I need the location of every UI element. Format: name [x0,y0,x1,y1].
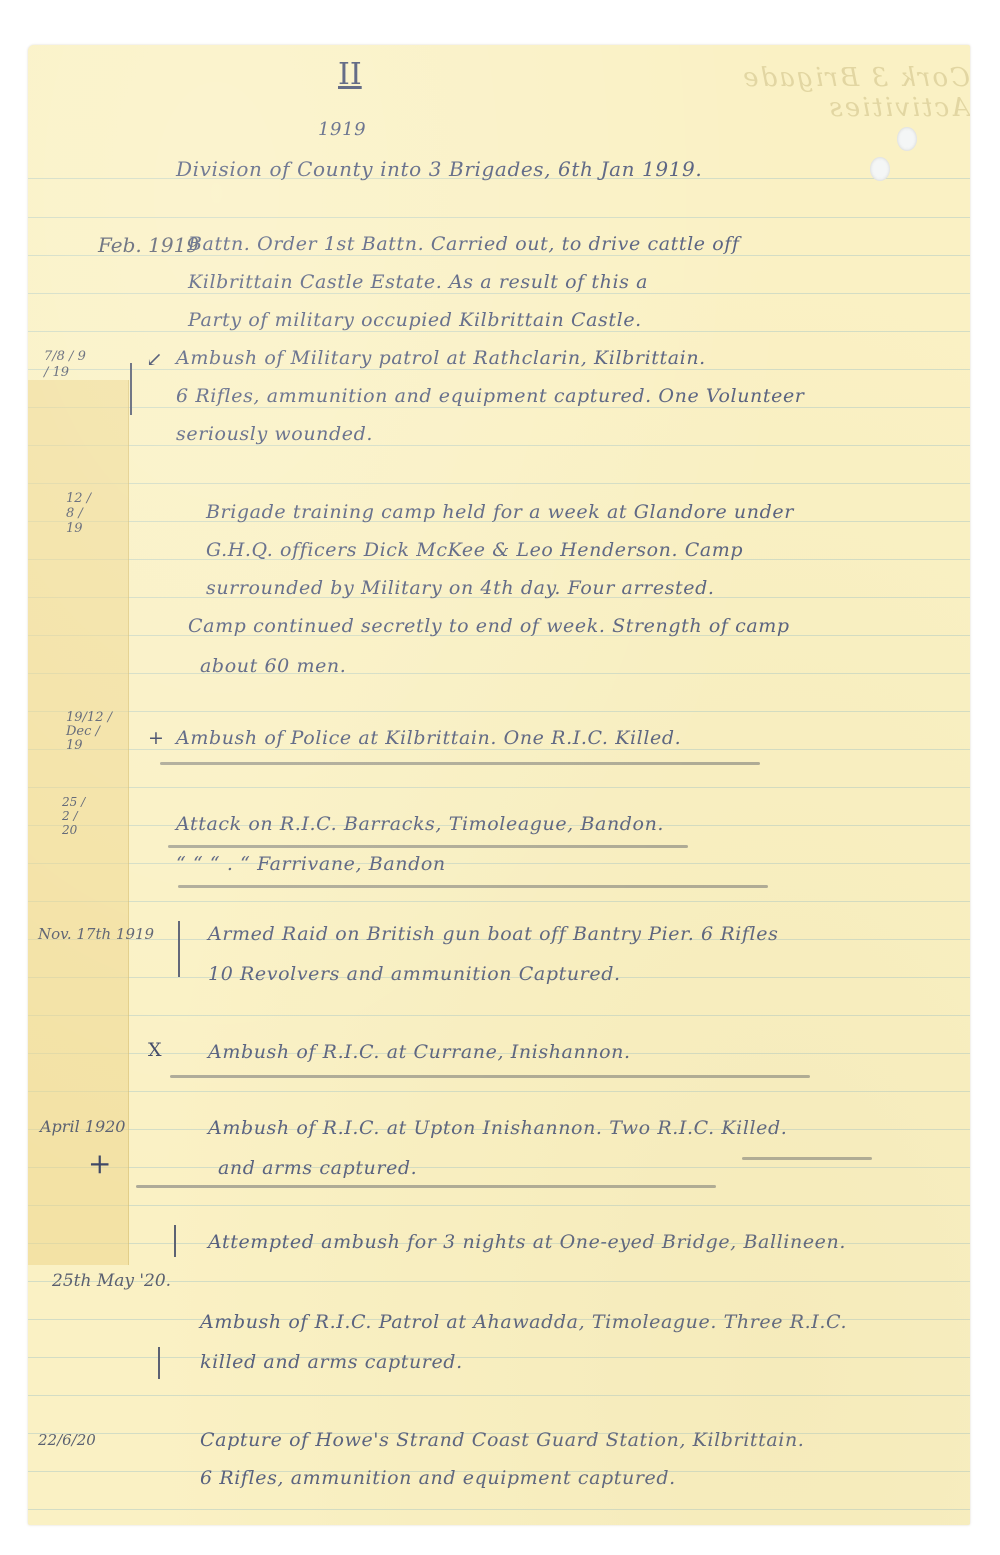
entry-line: Attack on R.I.C. Barracks, Timoleague, B… [176,813,664,835]
entry-line: seriously wounded. [176,423,373,445]
pencil-underline [170,1075,810,1078]
margin-bracket [174,1225,176,1257]
entry-line: Armed Raid on British gun boat off Bantr… [208,923,778,945]
margin-date: 22/6/20 [38,1431,96,1449]
margin-date: 19/12 / Dec / 19 [66,711,112,753]
margin-date: 12 / 8 / 19 [66,491,96,536]
margin-date: April 1920 [40,1117,125,1136]
margin-bracket [178,921,180,977]
entry-line: and arms captured. [218,1157,417,1179]
show-through-heading: Cork 3 Brigade Activities [628,63,970,123]
entry-line: about 60 men. [200,655,346,677]
cross-marker-icon: + [148,727,165,749]
entry-line: Ambush of R.I.C. at Currane, Inishannon. [208,1041,631,1063]
margin-date: 25th May '20. [52,1271,171,1291]
entry-line: Attempted ambush for 3 nights at One-eye… [208,1231,846,1253]
manuscript-page: Cork 3 Brigade Activities II 1919 Divisi… [28,45,970,1525]
pencil-underline [178,885,768,888]
entry-line: Kilbrittain Castle Estate. As a result o… [188,271,648,293]
punch-hole [870,157,890,181]
entry-line: surrounded by Military on 4th day. Four … [206,577,715,599]
pencil-underline [168,845,688,848]
pencil-underline [160,762,760,765]
entry-line: Camp continued secretly to end of week. … [188,615,790,637]
entry-line: Ambush of Military patrol at Rathclarin,… [176,347,706,369]
entry-line: 6 Rifles, ammunition and equipment captu… [200,1467,676,1489]
title-line: Division of County into 3 Brigades, 6th … [176,157,702,181]
margin-date: 25 / 2 / 20 [62,795,92,837]
entry-line: Party of military occupied Kilbrittain C… [188,309,642,331]
punch-hole [897,127,917,151]
cross-marker-icon: + [88,1147,112,1180]
margin-date: Nov. 17th 1919 [38,925,154,943]
entry-line: killed and arms captured. [200,1351,463,1373]
entry-line: Ambush of R.I.C. Patrol at Ahawadda, Tim… [200,1311,847,1333]
pencil-underline [742,1157,872,1160]
margin-bracket [130,363,132,415]
margin-date: 7/8 / 9 / 19 [44,349,94,381]
entry-line: G.H.Q. officers Dick McKee & Leo Henders… [206,539,743,561]
entry-line: Battn. Order 1st Battn. Carried out, to … [188,233,740,255]
entry-line: “ “ “ . “ Farrivane, Bandon [176,853,446,875]
entry-line: Brigade training camp held for a week at… [206,501,794,523]
margin-bracket [158,1347,160,1379]
arrow-icon: ↙ [146,347,163,371]
pencil-underline [136,1185,716,1188]
entry-line: 6 Rifles, ammunition and equipment captu… [176,385,805,407]
x-marker-icon: X [148,1039,162,1061]
section-numeral: II [338,57,362,92]
entry-line: Ambush of Police at Kilbrittain. One R.I… [176,727,681,749]
margin-date: Feb. 1919 [98,233,199,257]
entry-line: Ambush of R.I.C. at Upton Inishannon. Tw… [208,1117,787,1139]
entry-line: Capture of Howe's Strand Coast Guard Sta… [200,1429,804,1451]
year-heading: 1919 [318,119,366,140]
entry-line: 10 Revolvers and ammunition Captured. [208,963,621,985]
